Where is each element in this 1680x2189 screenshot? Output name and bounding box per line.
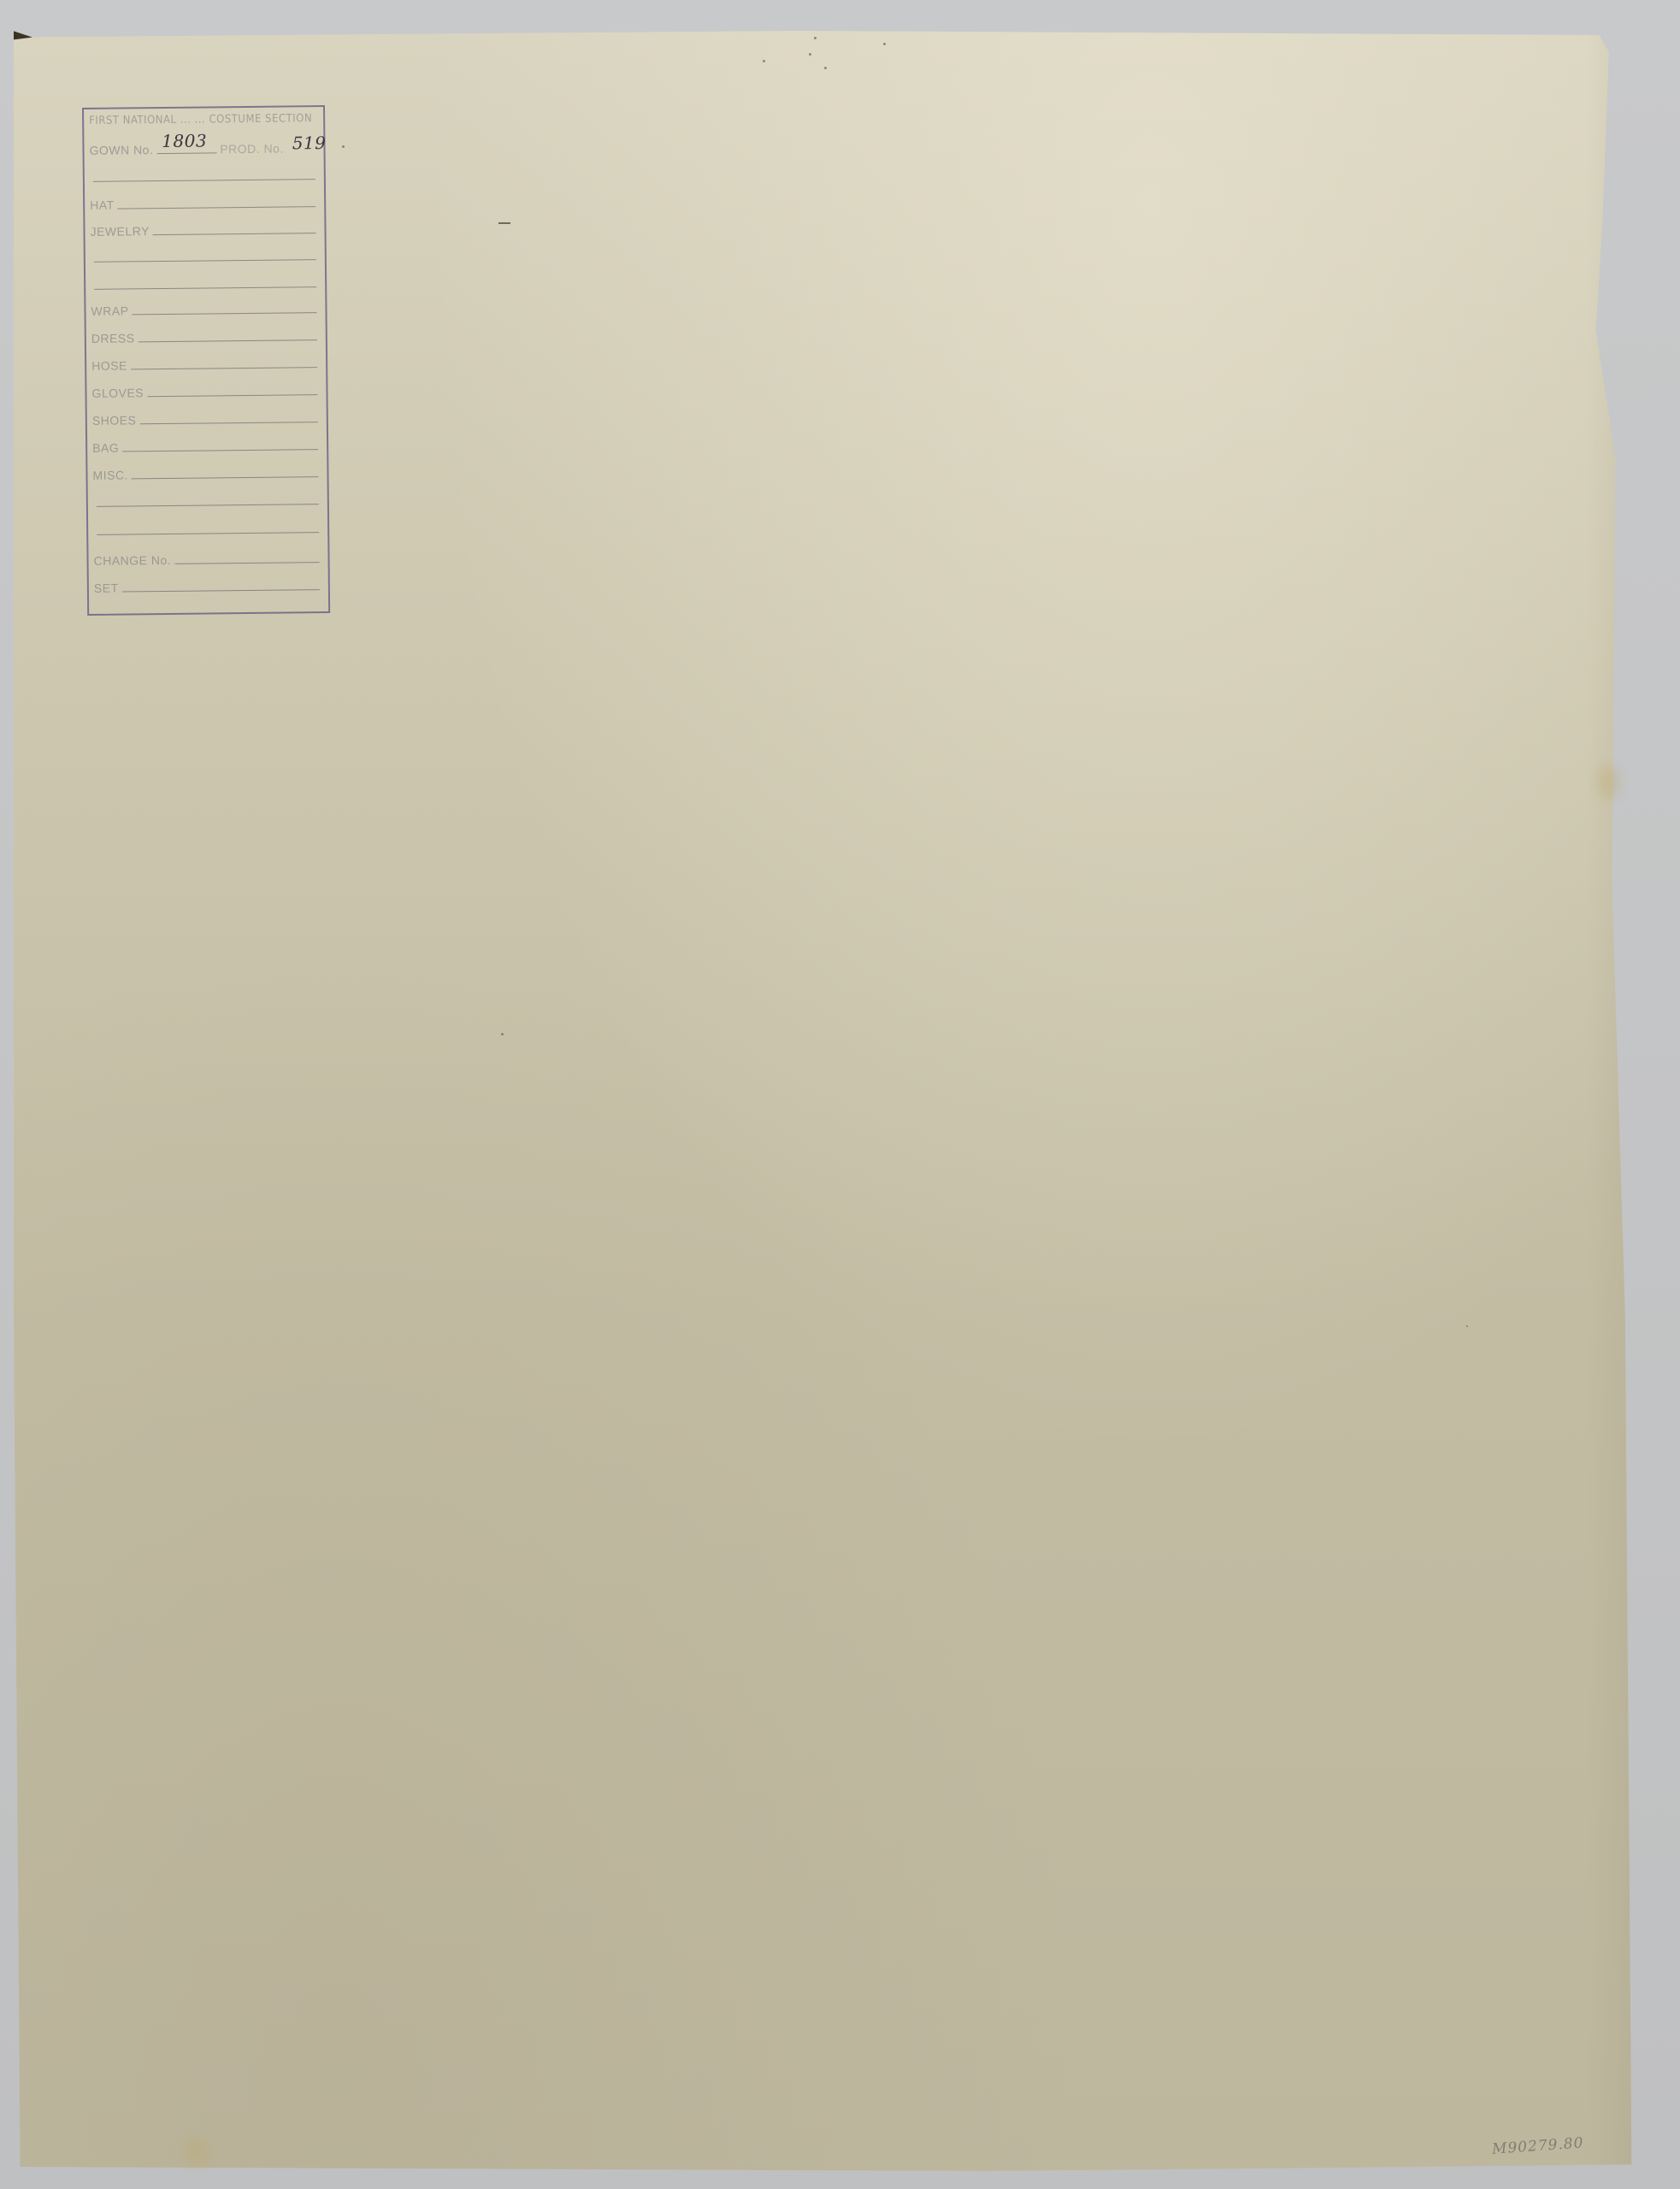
stamp-field-line <box>93 179 315 182</box>
paper-speck <box>809 53 811 56</box>
stamp-field-label: HAT <box>90 198 118 212</box>
stamp-field-line <box>139 422 317 424</box>
stamp-field-jewelry: JEWELRY <box>90 214 315 239</box>
gown-number-field: 1803 <box>156 152 216 154</box>
stamp-field-line <box>132 476 319 479</box>
stamp-header: FIRST NATIONAL ... ... COSTUME SECTION <box>89 112 312 127</box>
stamp-field-line <box>94 286 316 290</box>
stamp-field-line <box>153 233 316 235</box>
gown-number-value: 1803 <box>162 130 207 151</box>
stamp-field-dress: DRESS <box>91 321 317 345</box>
stamp-field-blank-4 <box>91 268 316 292</box>
stamp-field-set: SET <box>94 570 320 595</box>
paper-speck <box>824 67 827 69</box>
stamp-field-line <box>97 532 319 535</box>
stamp-field-label: SET <box>94 581 122 595</box>
paper-stain <box>184 2138 209 2167</box>
stamp-field-label: CHANGE No. <box>93 553 174 568</box>
pencil-dash-mark <box>498 222 510 224</box>
stamp-field-line <box>131 367 317 369</box>
stamp-field-line <box>133 312 317 315</box>
stamp-field-wrap: WRAP <box>91 293 316 318</box>
costume-record-stamp: FIRST NATIONAL ... ... COSTUME SECTION G… <box>82 105 330 616</box>
stamp-field-list: HATJEWELRYWRAPDRESSHOSEGLOVESSHOESBAGMIS… <box>84 107 323 109</box>
stamp-field-label: GLOVES <box>91 386 147 400</box>
prod-number-field: 519 <box>287 134 315 155</box>
stamp-field-gloves: GLOVES <box>91 375 317 400</box>
gown-prod-row: GOWN No. 1803 PROD. No. 519 <box>89 133 315 157</box>
stamp-field-label: MISC. <box>92 468 132 481</box>
stamp-field-line <box>174 562 319 564</box>
stamp-field-hose: HOSE <box>91 348 317 373</box>
stamp-field-line <box>122 449 318 451</box>
stamp-field-label: SHOES <box>92 413 140 428</box>
paper-speck <box>342 145 345 148</box>
stamp-field-line <box>118 206 316 209</box>
stamp-field-label: HOSE <box>91 358 131 372</box>
paper-speck <box>763 60 765 62</box>
stamp-field-misc: MISC. <box>92 457 318 482</box>
stamp-field-label: DRESS <box>91 331 139 345</box>
stamp-field-bag: BAG <box>92 430 318 455</box>
stamp-field-line <box>94 259 316 263</box>
stamp-field-line <box>147 394 317 397</box>
paper-speck <box>501 1033 504 1035</box>
stamp-field-blank-13 <box>93 513 319 538</box>
stamp-field-change-no: CHANGE No. <box>93 543 319 568</box>
stamp-field-label: BAG <box>92 441 122 455</box>
prod-label: PROD. No. <box>216 141 287 156</box>
gown-label: GOWN No. <box>89 143 156 157</box>
paper-speck <box>814 37 816 39</box>
stamp-field-blank-3 <box>91 240 316 265</box>
paper-speck <box>1466 1325 1468 1327</box>
stamp-field-shoes: SHOES <box>92 403 318 428</box>
stamp-field-label: JEWELRY <box>90 224 153 239</box>
stamp-field-blank-12 <box>93 485 319 510</box>
stamp-field-line <box>122 589 320 592</box>
paper-speck <box>883 43 886 45</box>
stamp-field-line <box>139 339 317 342</box>
stamp-field-label: WRAP <box>91 304 132 318</box>
paper-stain <box>1597 765 1619 799</box>
stamp-field-hat: HAT <box>90 187 315 212</box>
prod-number-value: 519 <box>292 133 327 153</box>
stamp-field-line <box>97 504 319 507</box>
stamp-field-blank-0 <box>90 160 315 185</box>
